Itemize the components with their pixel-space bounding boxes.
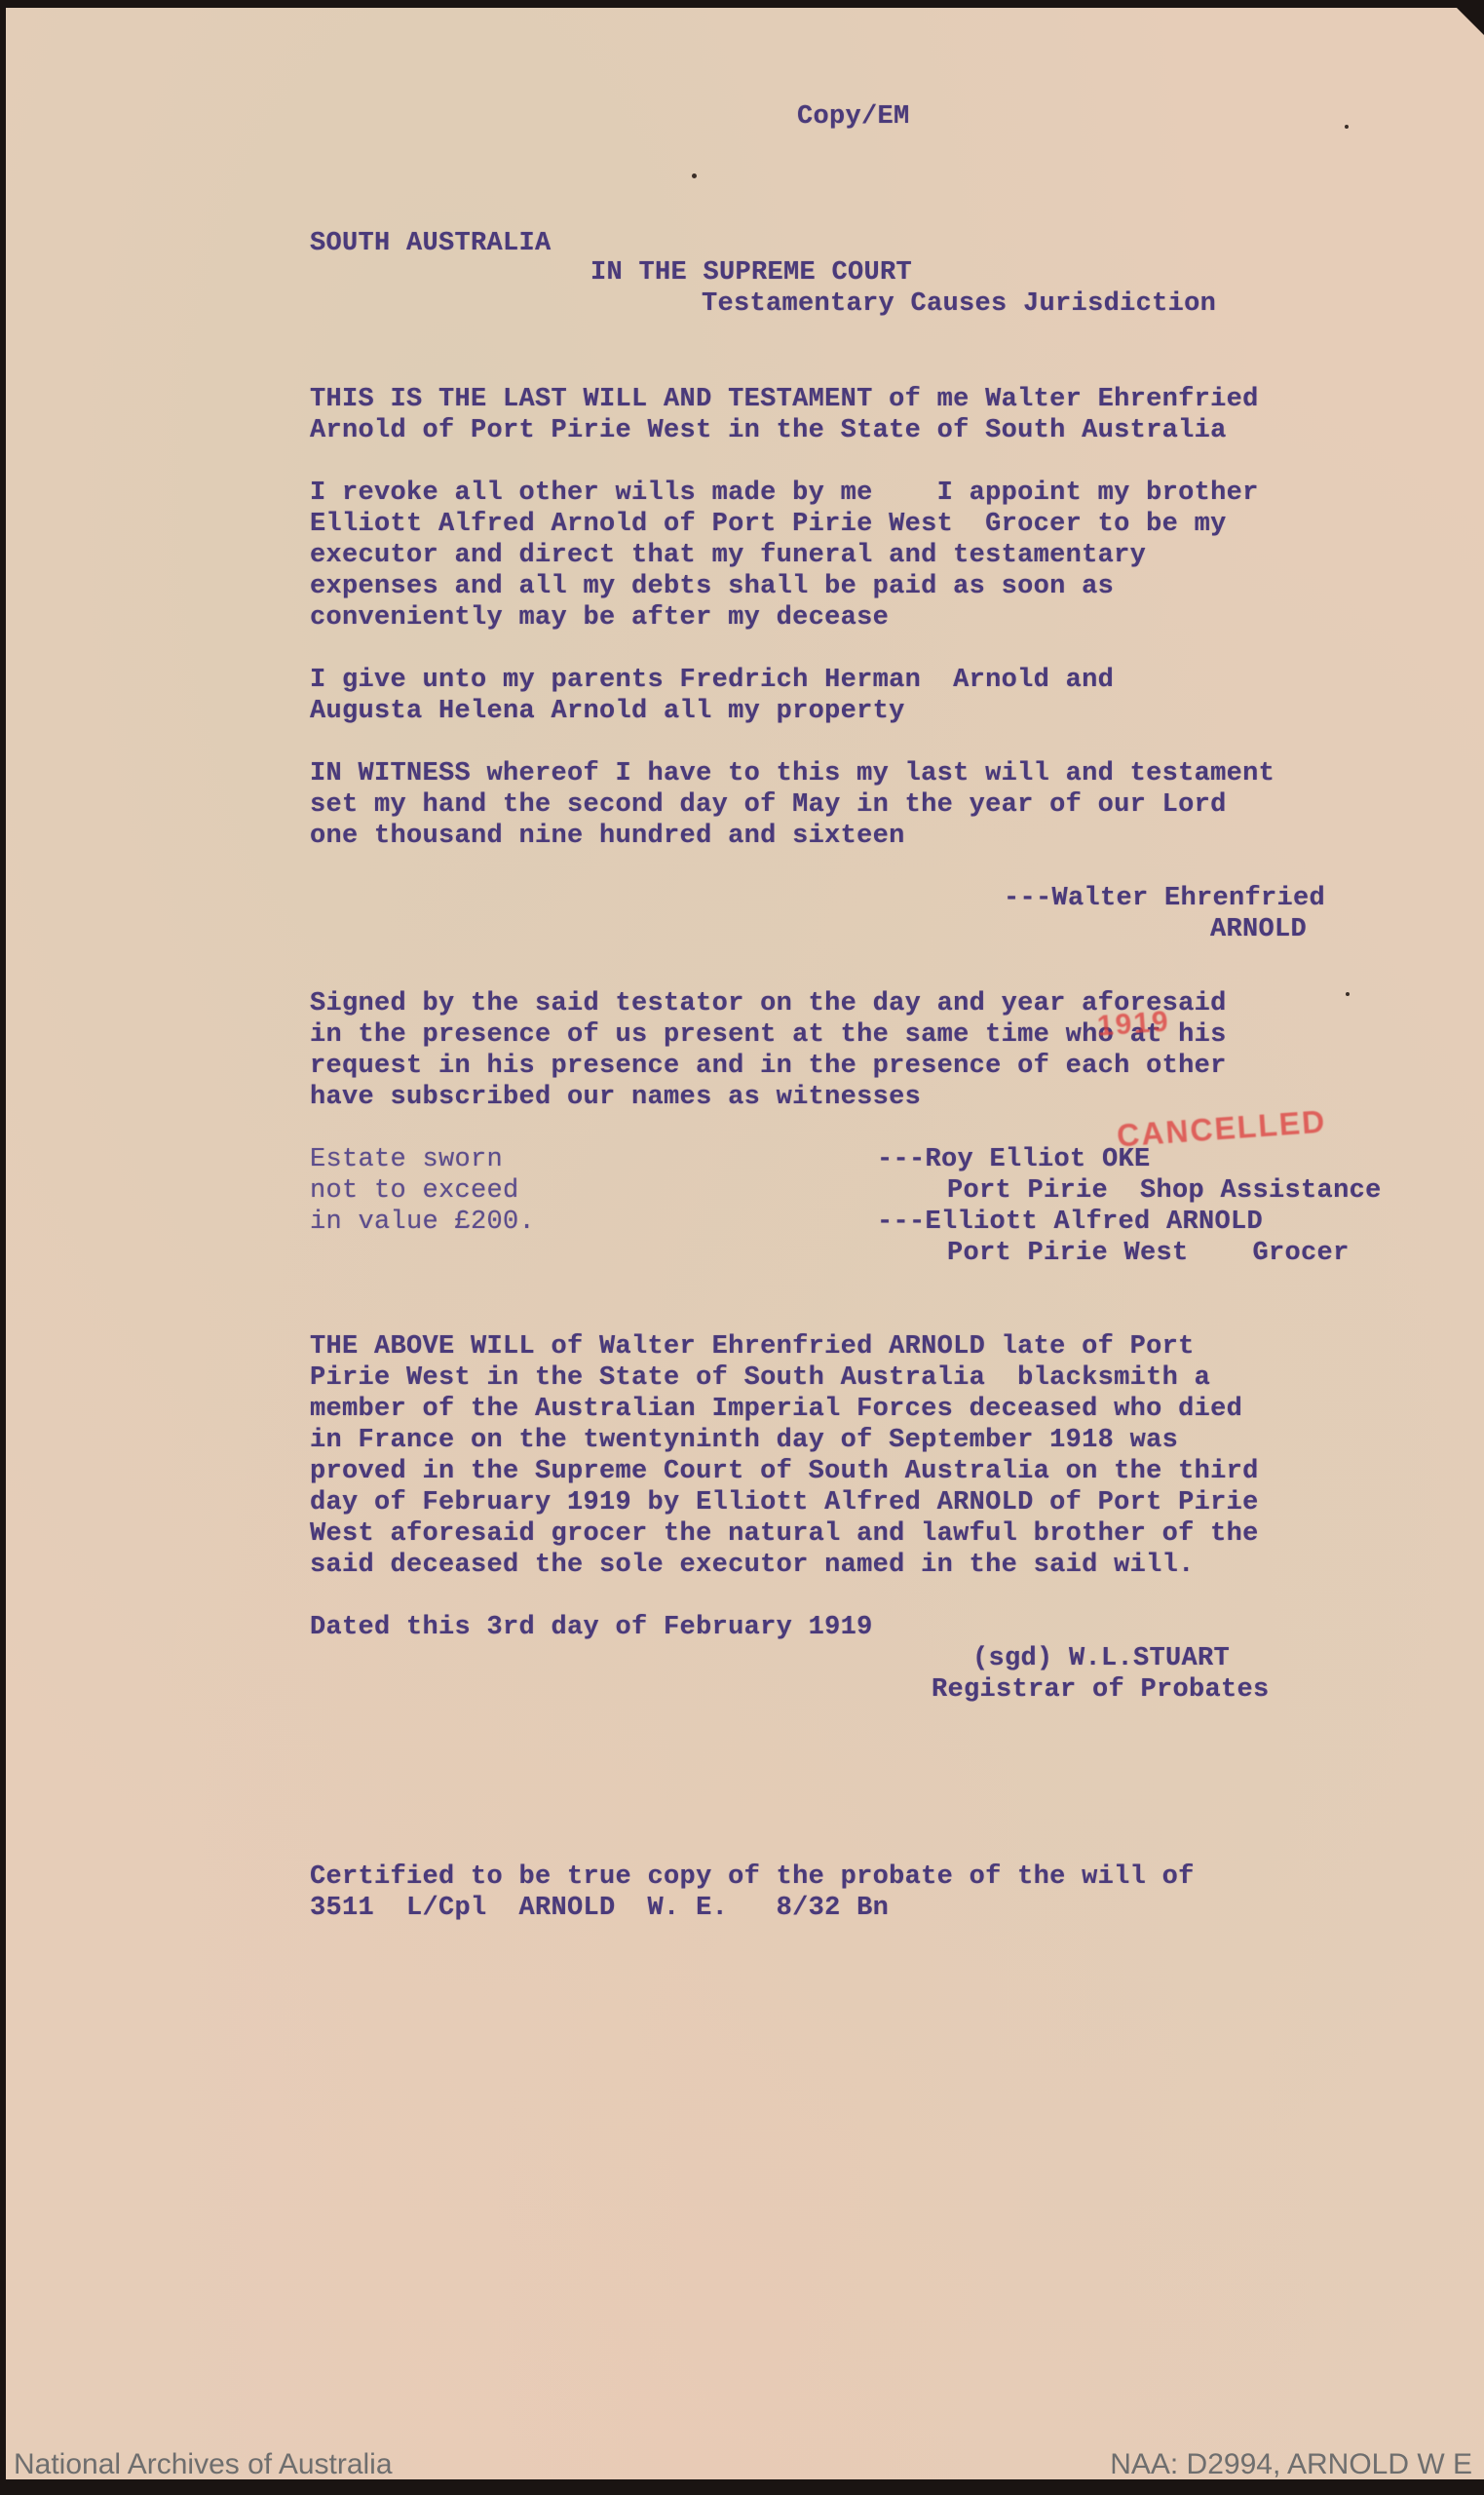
archive-reference: NAA: D2994, ARNOLD W E bbox=[1110, 2448, 1472, 2481]
dated-line: Dated this 3rd day of February 1919 bbox=[310, 1612, 873, 1643]
text-line: not to exceed bbox=[310, 1175, 519, 1207]
service-details: 3511 L/Cpl ARNOLD W. E. 8/32 Bn bbox=[310, 1893, 889, 1924]
jurisdiction-state: SOUTH AUSTRALIA bbox=[310, 228, 552, 259]
torn-corner bbox=[1457, 8, 1484, 35]
text-line: set my hand the second day of May in the… bbox=[310, 789, 1227, 821]
text-line: in France on the twentyninth day of Sept… bbox=[310, 1425, 1178, 1456]
text-line: in the presence of us present at the sam… bbox=[310, 1019, 1227, 1051]
paper-speck bbox=[692, 173, 697, 178]
text-line: Elliott Alfred Arnold of Port Pirie West… bbox=[310, 509, 1227, 540]
witness-name: ---Elliott Alfred ARNOLD bbox=[877, 1207, 1263, 1238]
paper-speck bbox=[1345, 125, 1349, 129]
archive-watermark: National Archives of Australia bbox=[14, 2448, 393, 2481]
text-line: in value £200. bbox=[310, 1207, 535, 1238]
text-line: expenses and all my debts shall be paid … bbox=[310, 571, 1114, 602]
text-line: THE ABOVE WILL of Walter Ehrenfried ARNO… bbox=[310, 1331, 1195, 1363]
text-line: Arnold of Port Pirie West in the State o… bbox=[310, 415, 1227, 446]
text-line: have subscribed our names as witnesses bbox=[310, 1082, 921, 1113]
witness-name: ---Roy Elliot OKE bbox=[877, 1144, 1151, 1175]
text-line: conveniently may be after my decease bbox=[310, 602, 889, 633]
text-line: West aforesaid grocer the natural and la… bbox=[310, 1518, 1259, 1550]
text-line: Augusta Helena Arnold all my property bbox=[310, 696, 905, 727]
text-line: Estate sworn bbox=[310, 1144, 503, 1175]
text-line: THIS IS THE LAST WILL AND TESTAMENT of m… bbox=[310, 384, 1259, 415]
witness-details: Port Pirie Shop Assistance bbox=[947, 1175, 1382, 1207]
signature-name: ---Walter Ehrenfried bbox=[1004, 883, 1325, 914]
court-division: Testamentary Causes Jurisdiction bbox=[702, 288, 1216, 320]
text-line: I give unto my parents Fredrich Herman A… bbox=[310, 665, 1114, 696]
paper-speck bbox=[1346, 992, 1350, 996]
text-line: day of February 1919 by Elliott Alfred A… bbox=[310, 1487, 1259, 1518]
registrar-signed: (sgd) W.L.STUART bbox=[972, 1643, 1230, 1674]
text-line: Signed by the said testator on the day a… bbox=[310, 988, 1227, 1019]
text-line: Certified to be true copy of the probate… bbox=[310, 1862, 1195, 1893]
cancelled-stamp-upper: 1919 bbox=[1096, 1005, 1171, 1043]
text-line: proved in the Supreme Court of South Aus… bbox=[310, 1456, 1259, 1487]
text-line: request in his presence and in the prese… bbox=[310, 1051, 1227, 1082]
signature-surname: ARNOLD bbox=[1210, 914, 1307, 945]
text-line: member of the Australian Imperial Forces… bbox=[310, 1394, 1242, 1425]
registrar-title: Registrar of Probates bbox=[932, 1674, 1270, 1706]
document-page: Copy/EM SOUTH AUSTRALIA IN THE SUPREME C… bbox=[6, 8, 1484, 2479]
text-line: executor and direct that my funeral and … bbox=[310, 540, 1146, 571]
text-line: one thousand nine hundred and sixteen bbox=[310, 821, 905, 852]
scan-border bbox=[0, 2479, 1484, 2495]
text-line: IN WITNESS whereof I have to this my las… bbox=[310, 758, 1275, 789]
court-name: IN THE SUPREME COURT bbox=[590, 257, 912, 288]
witness-details: Port Pirie West Grocer bbox=[947, 1238, 1350, 1269]
copy-mark: Copy/EM bbox=[797, 101, 910, 133]
text-line: Pirie West in the State of South Austral… bbox=[310, 1363, 1210, 1394]
text-line: I revoke all other wills made by me I ap… bbox=[310, 478, 1259, 509]
text-line: said deceased the sole executor named in… bbox=[310, 1550, 1195, 1581]
